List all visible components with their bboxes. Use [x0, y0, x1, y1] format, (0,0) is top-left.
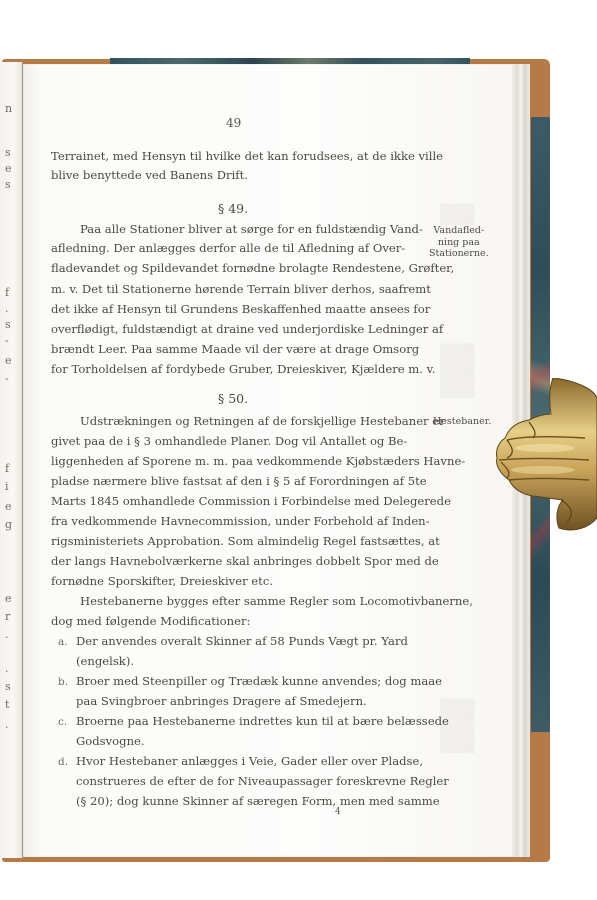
bleed-through-texture: ▒▒▒▒▒▒▒▒▒▒▒▒▒▒▒▒▒▒▒▒▒▒▒▒▒ [440, 345, 475, 400]
bleed-through-texture: ▒▒▒▒▒▒▒▒▒▒ [440, 205, 475, 227]
margin-note-line: Vandafled- [429, 225, 489, 237]
list-item-letter: d. [58, 756, 68, 768]
text-line: det ikke af Hensyn til Grundens Beskaffe… [51, 302, 430, 316]
page-number: 49 [226, 116, 241, 130]
text-line: for Torholdelsen af fordybede Gruber, Dr… [51, 362, 436, 376]
text-line: Paa alle Stationer bliver at sørge for e… [80, 222, 423, 236]
list-item-line: (§ 20); dog kunne Skinner af særegen For… [76, 794, 440, 808]
edge-glyph: - [5, 334, 9, 347]
edge-glyph: s [5, 318, 11, 331]
margin-note: Vandafled- ning paa Stationerne. [429, 225, 489, 260]
list-item-letter: a. [58, 636, 68, 648]
edge-glyph: n [5, 102, 12, 115]
edge-glyph: . [5, 662, 9, 675]
list-item-line: (engelsk). [76, 654, 134, 668]
edge-glyph: f [5, 286, 9, 299]
text-line: der langs Havnebolværkerne skal anbringe… [51, 554, 439, 568]
section-heading: § 50. [218, 391, 248, 406]
text-line: Udstrækningen og Retningen af de forskje… [80, 414, 445, 428]
list-item-line: Godsvogne. [76, 734, 145, 748]
edge-glyph: g [5, 518, 12, 531]
list-item-line: Broerne paa Hestebanerne indrettes kun t… [76, 714, 449, 728]
previous-page-edge: n s e s f . s - e - f i e g e r . . s t … [0, 62, 23, 858]
section-heading: § 49. [218, 201, 248, 216]
edge-glyph: s [5, 178, 11, 191]
text-line: Marts 1845 omhandlede Commission i Forbi… [51, 494, 451, 508]
list-item-line: Broer med Steenpiller og Trædæk kunne an… [76, 674, 442, 688]
edge-glyph: s [5, 146, 11, 159]
list-item-letter: c. [58, 716, 67, 728]
text-line: pladse nærmere blive fastsat af den i § … [51, 474, 427, 488]
list-item-line: Hvor Hestebaner anlægges i Veie, Gader e… [76, 754, 423, 768]
list-item-line: construeres de efter de for Niveaupassag… [76, 774, 449, 788]
text-line: liggenheden af Sporene m. m. paa vedkomm… [51, 454, 465, 468]
list-item-letter: b. [58, 676, 68, 688]
brass-hand-clasp-icon [493, 378, 597, 533]
margin-note-line: Stationerne. [429, 248, 489, 260]
edge-glyph: i [5, 480, 9, 493]
text-line: overflødigt, fuldstændigt at draine ved … [51, 322, 443, 336]
edge-glyph: . [5, 628, 9, 641]
text-line: blive benyttede ved Banens Drift. [51, 168, 248, 182]
edge-glyph: e [5, 592, 12, 605]
text-line: afledning. Der anlægges derfor alle de t… [51, 241, 405, 255]
edge-glyph: e [5, 500, 12, 513]
edge-glyph: e [5, 354, 12, 367]
text-line: Hestebanerne bygges efter samme Regler s… [80, 594, 473, 608]
edge-glyph: . [5, 718, 9, 731]
text-line: brændt Leer. Paa samme Maade vil der vær… [51, 342, 419, 356]
text-line: m. v. Det til Stationerne hørende Terrai… [51, 282, 431, 296]
edge-glyph: f [5, 462, 9, 475]
list-item-line: paa Svingbroer anbringes Dragere af Smed… [76, 694, 367, 708]
edge-glyph: t [5, 698, 9, 711]
text-line: Terrainet, med Hensyn til hvilke det kan… [51, 149, 443, 163]
text-line: givet paa de i § 3 omhandlede Planer. Do… [51, 434, 407, 448]
edge-glyph: e [5, 162, 12, 175]
text-line: dog med følgende Modificationer: [51, 614, 250, 628]
edge-glyph: . [5, 302, 9, 315]
text-line: fornødne Sporskifter, Dreieskiver etc. [51, 574, 273, 588]
edge-glyph: r [5, 610, 10, 623]
text-line: fladevandet og Spildevandet fornødne bro… [51, 261, 454, 275]
edge-glyph: - [5, 372, 9, 385]
edge-glyph: s [5, 680, 11, 693]
text-line: rigsministeriets Approbation. Som almind… [51, 534, 440, 548]
list-item-line: Der anvendes overalt Skinner af 58 Punds… [76, 634, 408, 648]
signature-mark: 4 [335, 807, 341, 817]
margin-note-line: ning paa [429, 237, 489, 249]
text-line: fra vedkommende Havnecommission, under F… [51, 514, 430, 528]
